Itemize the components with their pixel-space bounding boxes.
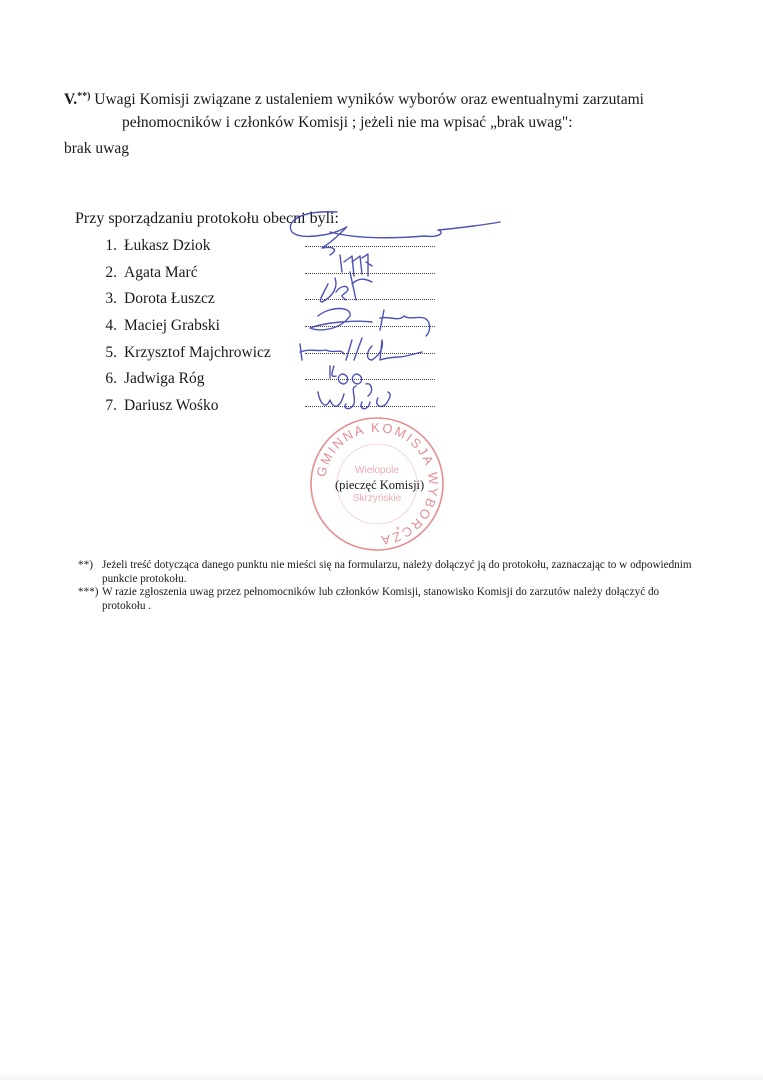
member-name: Łukasz Dziok xyxy=(124,236,211,256)
footnote-text: Jeżeli treść dotycząca danego punktu nie… xyxy=(102,559,692,585)
footnotes: **) Jeżeli treść dotycząca danego punktu… xyxy=(78,559,698,613)
member-list: 1. Łukasz Dziok 2. Agata Marć 3. Dorota … xyxy=(75,236,455,423)
member-index: 3. xyxy=(99,289,117,309)
member-index: 4. xyxy=(99,316,117,336)
section-number: V. xyxy=(64,91,77,108)
member-row: 5. Krzysztof Majchrowicz xyxy=(75,343,455,370)
member-row: 2. Agata Marć xyxy=(75,263,455,290)
section-heading-text: Uwagi Komisji związane z ustaleniem wyni… xyxy=(94,91,644,108)
member-name: Maciej Grabski xyxy=(124,316,220,336)
signature-line xyxy=(305,353,435,354)
footnote: ***) W razie zgłoszenia uwag przez pełno… xyxy=(78,586,698,613)
attendance-title: Przy sporządzaniu protokołu obecni byli: xyxy=(75,209,339,229)
document-page: V.**) Uwagi Komisji związane z ustalenie… xyxy=(0,0,763,1080)
signature-line xyxy=(305,246,435,247)
section-answer: brak uwag xyxy=(64,139,129,159)
member-row: 4. Maciej Grabski xyxy=(75,316,455,343)
member-name: Dariusz Wośko xyxy=(124,396,218,416)
member-index: 5. xyxy=(99,343,117,363)
footnote-mark: **) xyxy=(78,559,93,573)
member-name: Agata Marć xyxy=(124,263,198,283)
member-index: 2. xyxy=(99,263,117,283)
member-row: 3. Dorota Łuszcz xyxy=(75,289,455,316)
signature-line xyxy=(305,326,435,327)
member-name: Krzysztof Majchrowicz xyxy=(124,343,271,363)
member-name: Jadwiga Róg xyxy=(124,369,205,389)
member-name: Dorota Łuszcz xyxy=(124,289,215,309)
scan-edge xyxy=(0,1072,763,1080)
member-index: 6. xyxy=(99,369,117,389)
member-index: 1. xyxy=(99,236,117,256)
svg-text:*: * xyxy=(396,525,400,535)
footnote-text: W razie zgłoszenia uwag przez pełnomocni… xyxy=(102,586,659,612)
stamp-caption: (pieczęć Komisji) xyxy=(335,478,424,493)
footnote: **) Jeżeli treść dotycząca danego punktu… xyxy=(78,559,698,586)
signature-line xyxy=(305,406,435,407)
stamp-center-text-2: Skrzyńskie xyxy=(353,493,402,504)
signature-line xyxy=(305,299,435,300)
section-heading-continuation: pełnomocników i członków Komisji ; jeżel… xyxy=(122,113,573,133)
footnote-ref: **) xyxy=(77,91,90,102)
stamp-center-text-1: Wielopole xyxy=(355,465,399,476)
footnote-mark: ***) xyxy=(78,586,99,600)
member-row: 1. Łukasz Dziok xyxy=(75,236,455,263)
member-row: 6. Jadwiga Róg xyxy=(75,369,455,396)
signature-line xyxy=(305,379,435,380)
member-index: 7. xyxy=(99,396,117,416)
section-heading: V.**) Uwagi Komisji związane z ustalenie… xyxy=(64,87,644,110)
signature-line xyxy=(305,273,435,274)
